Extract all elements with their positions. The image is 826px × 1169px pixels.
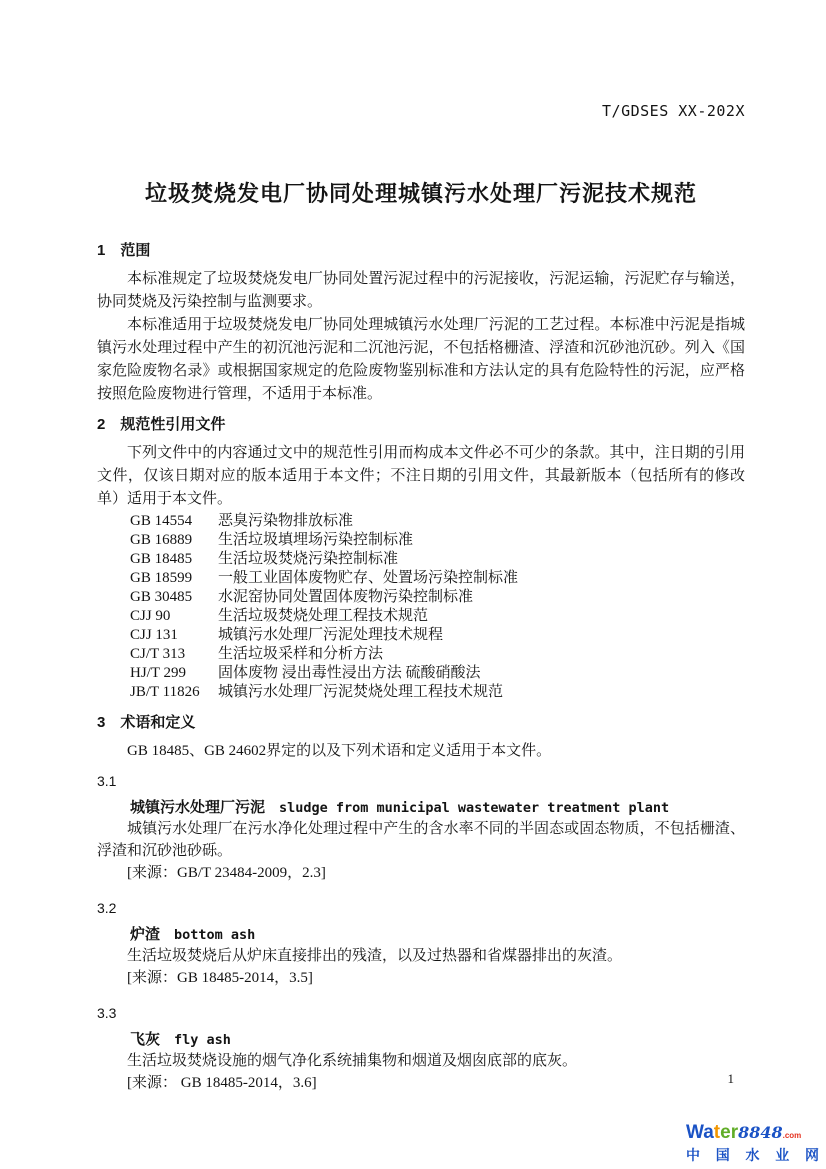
reference-code: GB 14554: [130, 512, 218, 531]
section-2-heading: 2规范性引用文件: [97, 416, 745, 434]
reference-code: GB 18485: [130, 550, 218, 569]
term-definition: 生活垃圾焚烧后从炉床直接排出的残渣，以及过热器和省煤器排出的灰渣。: [97, 945, 745, 967]
logo-subtitle-char: 中: [686, 1146, 700, 1164]
water8848-logo: Water8848.com 中国水业网: [686, 1122, 819, 1164]
term-heading: 炉渣bottom ash: [97, 925, 745, 945]
reference-list: GB 14554恶臭污染物排放标准 GB 16889生活垃圾填埋场污染控制标准 …: [97, 512, 745, 702]
term-number: 3.3: [97, 1004, 745, 1022]
reference-item: CJJ 90生活垃圾焚烧处理工程技术规范: [130, 607, 745, 626]
reference-item: GB 18599一般工业固体废物贮存、处置场污染控制标准: [130, 569, 745, 588]
term-number: 3.2: [97, 899, 745, 917]
reference-title: 水泥窑协同处置固体废物污染控制标准: [218, 589, 473, 605]
term-name-en: fly ash: [174, 1032, 231, 1048]
term-number: 3.1: [97, 772, 745, 790]
reference-code: CJJ 90: [130, 607, 218, 626]
section-3-heading: 3术语和定义: [97, 714, 745, 732]
logo-letter: er: [720, 1122, 738, 1143]
document-title: 垃圾焚烧发电厂协同处理城镇污水处理厂污泥技术规范: [97, 177, 745, 208]
reference-item: GB 16889生活垃圾填埋场污染控制标准: [130, 531, 745, 550]
reference-title: 城镇污水处理厂污泥焚烧处理工程技术规范: [218, 684, 503, 700]
term-name-cn: 炉渣: [130, 926, 160, 943]
reference-item: GB 14554恶臭污染物排放标准: [130, 512, 745, 531]
reference-item: GB 30485水泥窑协同处置固体废物污染控制标准: [130, 588, 745, 607]
page-content: T/GDSES XX-202X 垃圾焚烧发电厂协同处理城镇污水处理厂污泥技术规范…: [0, 0, 826, 1094]
term-definition: 生活垃圾焚烧设施的烟气净化系统捕集物和烟道及烟囱底部的底灰。: [97, 1050, 745, 1072]
reference-item: JB/T 11826城镇污水处理厂污泥焚烧处理工程技术规范: [130, 683, 745, 702]
section-2-number: 2: [97, 416, 105, 434]
reference-code: GB 30485: [130, 588, 218, 607]
document-page: T/GDSES XX-202X 垃圾焚烧发电厂协同处理城镇污水处理厂污泥技术规范…: [0, 0, 826, 1169]
reference-code: GB 16889: [130, 531, 218, 550]
reference-item: HJ/T 299固体废物 浸出毒性浸出方法 硫酸硝酸法: [130, 664, 745, 683]
term-definition: 城镇污水处理厂在污水净化处理过程中产生的含水率不同的半固态或固态物质，不包括栅渣…: [97, 818, 745, 862]
term-heading: 城镇污水处理厂污泥sludge from municipal wastewate…: [97, 798, 745, 818]
logo-subtitle-char: 水: [746, 1146, 760, 1164]
logo-letter: 8848: [738, 1123, 783, 1142]
section-1-number: 1: [97, 242, 105, 260]
section-3-title: 术语和定义: [120, 714, 195, 731]
standard-code: T/GDSES XX-202X: [97, 0, 745, 120]
term-name-cn: 城镇污水处理厂污泥: [130, 799, 265, 816]
section-1-paragraph-2: 本标准适用于垃圾焚烧发电厂协同处理城镇污水处理厂污泥的工艺过程。本标准中污泥是指…: [97, 314, 745, 406]
reference-code: CJJ 131: [130, 626, 218, 645]
logo-letter: .com: [783, 1131, 802, 1140]
term-source: [来源：GB/T 23484-2009，2.3]: [97, 862, 745, 884]
term-heading: 飞灰fly ash: [97, 1030, 745, 1050]
section-1-heading: 1范围: [97, 242, 745, 260]
term-name-en: sludge from municipal wastewater treatme…: [279, 800, 669, 816]
section-1-paragraph-1: 本标准规定了垃圾焚烧发电厂协同处置污泥过程中的污泥接收，污泥运输，污泥贮存与输送…: [97, 268, 745, 314]
section-3-number: 3: [97, 714, 105, 732]
section-1-title: 范围: [120, 242, 150, 259]
term-source: [来源：GB 18485-2014，3.5]: [97, 967, 745, 989]
reference-code: HJ/T 299: [130, 664, 218, 683]
section-3-intro: GB 18485、GB 24602界定的以及下列术语和定义适用于本文件。: [97, 740, 745, 763]
reference-title: 生活垃圾填埋场污染控制标准: [218, 532, 413, 548]
logo-subtitle: 中国水业网: [686, 1146, 819, 1164]
term-source: [来源： GB 18485-2014，3.6]: [97, 1072, 745, 1094]
reference-title: 城镇污水处理厂污泥处理技术规程: [218, 627, 443, 643]
reference-code: GB 18599: [130, 569, 218, 588]
water8848-wordmark: Water8848.com: [686, 1122, 819, 1146]
reference-title: 生活垃圾采样和分析方法: [218, 646, 383, 662]
term-name-cn: 飞灰: [130, 1031, 160, 1048]
reference-title: 生活垃圾焚烧污染控制标准: [218, 551, 398, 567]
reference-title: 固体废物 浸出毒性浸出方法 硫酸硝酸法: [218, 665, 481, 681]
reference-item: GB 18485生活垃圾焚烧污染控制标准: [130, 550, 745, 569]
reference-title: 生活垃圾焚烧处理工程技术规范: [218, 608, 428, 624]
reference-title: 一般工业固体废物贮存、处置场污染控制标准: [218, 570, 518, 586]
section-2-title: 规范性引用文件: [120, 416, 225, 433]
term-name-en: bottom ash: [174, 927, 255, 943]
reference-item: CJ/T 313生活垃圾采样和分析方法: [130, 645, 745, 664]
reference-item: CJJ 131城镇污水处理厂污泥处理技术规程: [130, 626, 745, 645]
reference-code: JB/T 11826: [130, 683, 218, 702]
logo-subtitle-char: 业: [775, 1146, 789, 1164]
page-number: 1: [728, 1071, 735, 1087]
reference-title: 恶臭污染物排放标准: [218, 513, 353, 529]
logo-subtitle-char: 国: [716, 1146, 730, 1164]
logo-subtitle-char: 网: [805, 1146, 819, 1164]
logo-letter: Wa: [686, 1122, 714, 1143]
section-2-intro: 下列文件中的内容通过文中的规范性引用而构成本文件必不可少的条款。其中，注日期的引…: [97, 442, 745, 511]
reference-code: CJ/T 313: [130, 645, 218, 664]
